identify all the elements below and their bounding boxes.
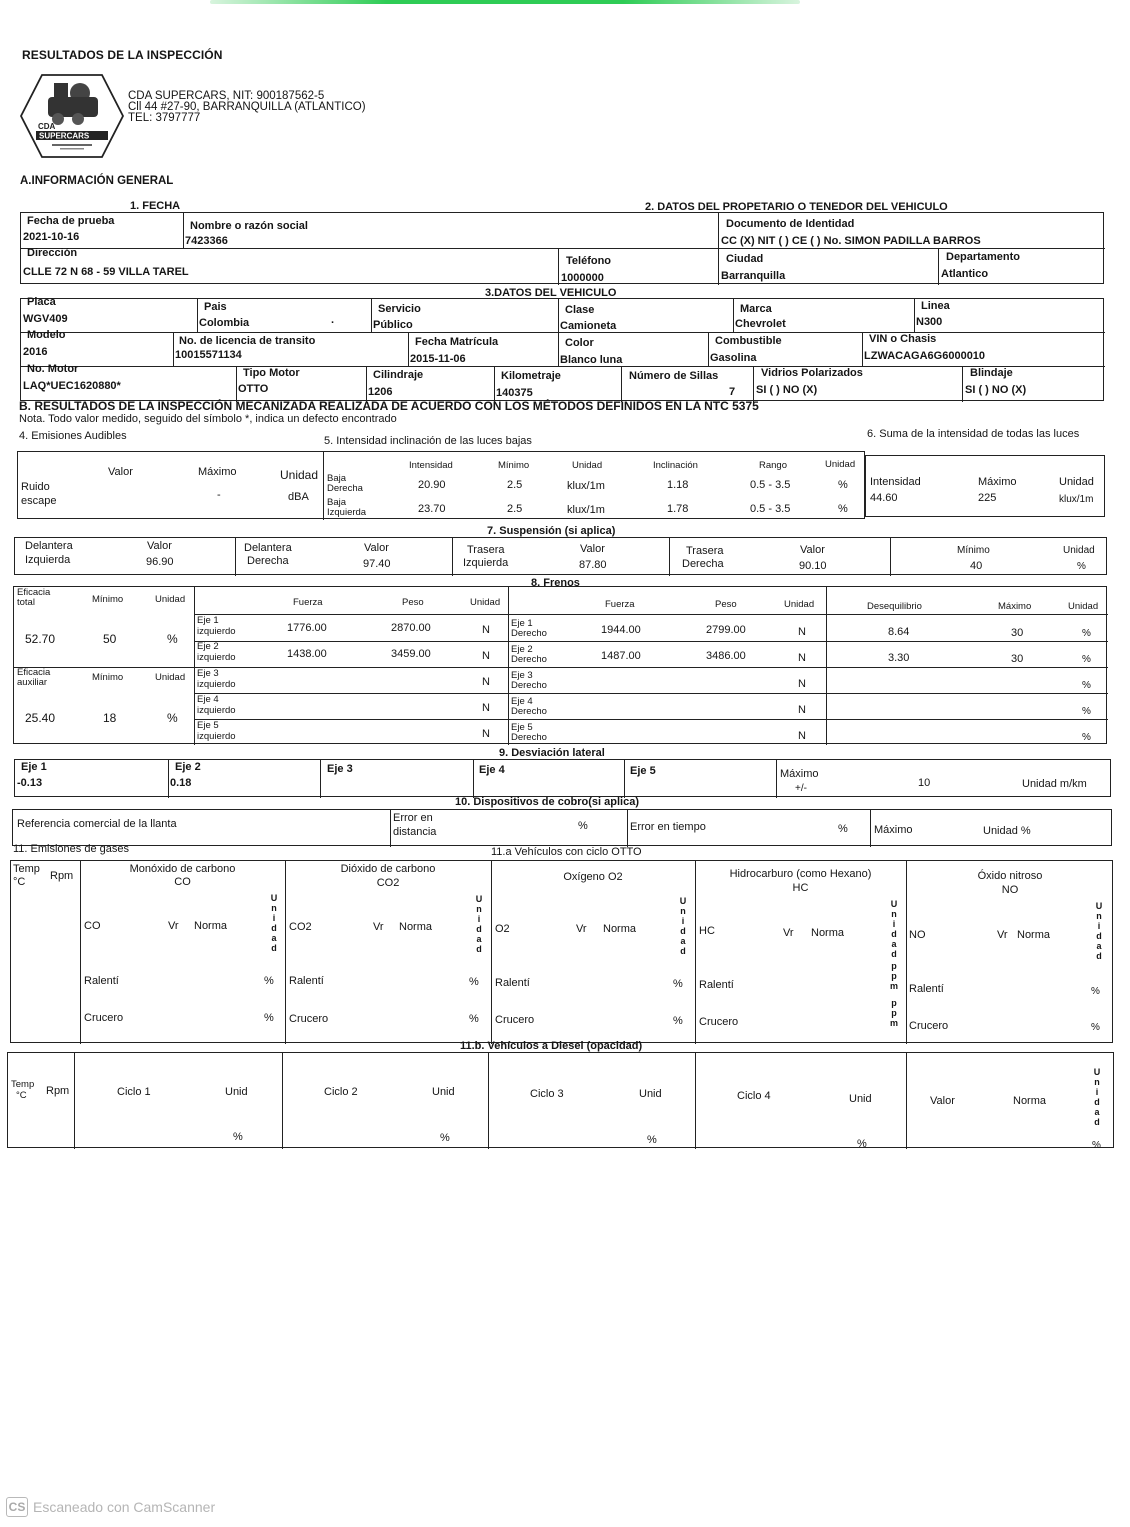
servicio-value: Público xyxy=(373,319,413,331)
luz-baja-izquierda-l2: Izquierda xyxy=(327,508,366,518)
desv-eje3-label: Eje 3 xyxy=(327,763,353,775)
suspension-table: Delantera Izquierda Valor 96.90 Delanter… xyxy=(14,537,1107,575)
documento-value: CC (X) NIT ( ) CE ( ) No. SIMON PADILLA … xyxy=(721,235,981,247)
marca-label: Marca xyxy=(740,303,772,315)
eficacia-total-unidad-label: Unidad xyxy=(155,595,185,605)
clase-label: Clase xyxy=(565,304,594,316)
frenos-col-maximo: Máximo xyxy=(998,602,1031,612)
general-info-table: Fecha de prueba 2021-10-16 Nombre o razó… xyxy=(20,212,1104,284)
cobro-error-distancia-l2: distancia xyxy=(393,826,436,838)
ciclo-label: Ciclo 2 xyxy=(324,1086,358,1098)
maximo: 30 xyxy=(1011,627,1023,639)
diesel-temp-label: Temp xyxy=(11,1080,34,1090)
ppm-vertical-label: ppm xyxy=(890,961,898,991)
ciclo-unid: Unid xyxy=(432,1086,455,1098)
desequilibrio: 8.64 xyxy=(888,626,909,638)
frenos-col-unidad3: Unidad xyxy=(1068,602,1098,612)
ralenti-unidad: % xyxy=(1091,987,1100,997)
crucero-unidad: % xyxy=(264,1012,274,1024)
desv-eje2-value: 0.18 xyxy=(170,777,191,789)
desviacion-table: Eje 1 -0.13 Eje 2 0.18 Eje 3 Eje 4 Eje 5… xyxy=(14,759,1111,797)
luz-baja-izquierda-intensidad: 23.70 xyxy=(418,503,446,515)
lado-label: izquierdo xyxy=(197,653,236,663)
susp-del-izq-l1: Delantera xyxy=(25,540,73,552)
cilindraje-value: 1206 xyxy=(368,386,392,398)
diesel-degc-label: °C xyxy=(16,1091,27,1101)
unidad-izq: N xyxy=(482,728,490,740)
frenos-col-peso-izq: Peso xyxy=(402,598,424,608)
susp-tra-izq-value: 87.80 xyxy=(579,559,607,571)
unidad-pct: % xyxy=(1082,707,1091,717)
unidad-vertical-label: Unidad xyxy=(270,893,278,953)
crucero-label: Crucero xyxy=(699,1016,738,1028)
luz-baja-derecha-rango: 0.5 - 3.5 xyxy=(750,479,790,491)
luces-col-inclinacion: Inclinación xyxy=(653,461,698,471)
unidad-pct: % xyxy=(1082,733,1091,743)
luces-col-rango: Rango xyxy=(759,461,787,471)
diesel-table: Temp °C Rpm Ciclo 1 Unid % Ciclo 2 Unid … xyxy=(7,1052,1114,1148)
suma-intensidad-value: 44.60 xyxy=(870,492,898,504)
cobro-error-tiempo: Error en tiempo xyxy=(630,821,706,833)
luz-baja-izquierda-unidad: klux/1m xyxy=(567,504,605,516)
suma-intensidad-label: Intensidad xyxy=(870,476,921,488)
cobro-pct2: % xyxy=(838,823,848,835)
servicio-label: Servicio xyxy=(378,303,421,315)
sillas-value: 7 xyxy=(729,386,735,398)
susp-del-der-l1: Delantera xyxy=(244,542,292,554)
unidad-vertical-label: Unidad xyxy=(1095,901,1103,961)
luz-baja-derecha-minimo: 2.5 xyxy=(507,479,522,491)
kilometraje-label: Kilometraje xyxy=(501,370,561,382)
gases-header: 11. Emisiones de gases xyxy=(13,843,129,855)
vr-label: Vr xyxy=(576,923,587,935)
fecha-matricula-value: 2015-11-06 xyxy=(410,353,466,365)
cobro-error-distancia-l1: Error en xyxy=(393,812,433,824)
unidad-izq: N xyxy=(482,650,490,662)
lado-label: Derecho xyxy=(511,655,547,665)
company-info: CDA SUPERCARS, NIT: 900187562-5 Cll 44 #… xyxy=(128,91,366,124)
susp-del-der-vlabel: Valor xyxy=(364,542,389,554)
color-value: Blanco luna xyxy=(560,354,622,366)
eficacia-total-minimo-label: Mínimo xyxy=(92,595,123,605)
telefono-value: 1000000 xyxy=(561,272,604,284)
diesel-norma-label: Norma xyxy=(1013,1095,1046,1107)
cilindraje-label: Cilindraje xyxy=(373,369,423,381)
luces-col-minimo: Mínimo xyxy=(498,461,529,471)
unidad-pct: % xyxy=(1082,629,1091,639)
vin-value: LZWACAGA6G6000010 xyxy=(864,350,985,362)
luces-bajas-header: 5. Intensidad inclinación de las luces b… xyxy=(324,435,532,447)
fuerza-izq: 1776.00 xyxy=(287,622,327,634)
cobro-referencia: Referencia comercial de la llanta xyxy=(17,818,177,830)
diesel-rpm-label: Rpm xyxy=(46,1085,69,1097)
direccion-value: CLLE 72 N 68 - 59 VILLA TAREL xyxy=(23,266,189,278)
fuerza-der: 1487.00 xyxy=(601,650,641,662)
fecha-matricula-label: Fecha Matrícula xyxy=(415,336,498,348)
otto-header: 11.a Vehículos con ciclo OTTO xyxy=(491,846,642,858)
diesel-header: 11.b. Vehículos a Diesel (opacidad) xyxy=(460,1040,642,1052)
gas-subtitle: HC xyxy=(695,882,906,894)
cobro-table: Referencia comercial de la llanta Error … xyxy=(12,809,1112,846)
suma-luces-table: Intensidad 44.60 Máximo 225 Unidad klux/… xyxy=(865,455,1105,517)
placa-value: WGV409 xyxy=(23,313,68,325)
eficacia-auxiliar-unidad-label: Unidad xyxy=(155,673,185,683)
ciclo-unid: Unid xyxy=(849,1093,872,1105)
departamento-label: Departamento xyxy=(946,251,1020,263)
lado-label: Derecho xyxy=(511,681,547,691)
unidad-vertical-label: Unidad xyxy=(679,896,687,956)
modelo-value: 2016 xyxy=(23,346,47,358)
luz-baja-derecha-unidad2: % xyxy=(838,479,848,491)
suma-unidad-value: klux/1m xyxy=(1059,495,1093,505)
unidad-vertical-label: Unidad xyxy=(890,899,898,959)
ciclo-unid: Unid xyxy=(225,1086,248,1098)
gases-temp-label: Temp xyxy=(13,863,40,875)
ralenti-unidad: % xyxy=(673,978,683,990)
luz-baja-izquierda-minimo: 2.5 xyxy=(507,503,522,515)
eje-label: Eje 3 xyxy=(197,669,219,679)
unidad-izq: N xyxy=(482,624,490,636)
documento-label: Documento de Identidad xyxy=(726,218,854,230)
frenos-col-fuerza-der: Fuerza xyxy=(605,600,635,610)
cobro-header: 10. Dispositivos de cobro(si aplica) xyxy=(455,796,639,808)
audibles-luces-table: Valor Máximo Unidad Ruido escape - dBA I… xyxy=(17,451,865,519)
frenos-col-unidad-izq: Unidad xyxy=(470,598,500,608)
ruido-escape-label: Ruido escape xyxy=(21,480,71,508)
unidad-der: N xyxy=(798,652,806,664)
unidad-der: N xyxy=(798,730,806,742)
unidad-pct: % xyxy=(1082,681,1091,691)
cobro-maximo: Máximo xyxy=(874,824,913,836)
company-phone: TEL: 3797777 xyxy=(128,113,366,124)
fuerza-der: 1944.00 xyxy=(601,624,641,636)
audibles-unidad: dBA xyxy=(288,491,309,503)
cobro-unidad: Unidad % xyxy=(983,825,1031,837)
unidad-der: N xyxy=(798,704,806,716)
vr-label: Vr xyxy=(783,927,794,939)
gas-subtitle: CO2 xyxy=(285,877,491,889)
desviacion-header: 9. Desviación lateral xyxy=(499,747,605,759)
crucero-unidad: % xyxy=(673,1015,683,1027)
vr-label: Vr xyxy=(997,929,1008,941)
audibles-col-maximo: Máximo xyxy=(198,466,237,478)
vr-label: Vr xyxy=(168,920,179,932)
suma-maximo-value: 225 xyxy=(978,492,996,504)
luz-baja-derecha-l2: Derecha xyxy=(327,484,363,494)
desv-eje1-label: Eje 1 xyxy=(21,761,47,773)
susp-tra-der-l2: Derecha xyxy=(682,558,724,570)
combustible-label: Combustible xyxy=(715,335,782,347)
peso-der: 2799.00 xyxy=(706,624,746,636)
luces-col-unidad: Unidad xyxy=(572,461,602,471)
susp-del-izq-value: 96.90 xyxy=(146,556,174,568)
ciclo-label: Ciclo 1 xyxy=(117,1086,151,1098)
ciclo-label: Ciclo 4 xyxy=(737,1090,771,1102)
camscanner-text: Escaneado con CamScanner xyxy=(33,1499,215,1515)
ciclo-label: Ciclo 3 xyxy=(530,1088,564,1100)
luz-baja-derecha-intensidad: 20.90 xyxy=(418,479,446,491)
susp-tra-izq-l2: Izquierda xyxy=(463,557,508,569)
gas-title: Oxígeno O2 xyxy=(491,871,695,883)
placa-label: Placa xyxy=(27,296,56,308)
eje-label: Eje 2 xyxy=(197,642,219,652)
vr-label: Vr xyxy=(373,921,384,933)
motor-value: LAQ*UEC1620880* xyxy=(23,380,121,392)
unidad-pct: % xyxy=(1082,655,1091,665)
vidrios-label: Vidrios Polarizados xyxy=(761,367,863,379)
unidad-izq: N xyxy=(482,702,490,714)
ciudad-value: Barranquilla xyxy=(721,270,785,282)
norma-label: Norma xyxy=(1017,929,1050,941)
desv-eje2-label: Eje 2 xyxy=(175,761,201,773)
combustible-value: Gasolina xyxy=(710,352,756,364)
gas-code: O2 xyxy=(495,923,510,935)
crucero-label: Crucero xyxy=(909,1020,948,1032)
camscanner-watermark: CS Escaneado con CamScanner xyxy=(6,1497,215,1517)
camscanner-logo-icon: CS xyxy=(6,1497,28,1517)
luz-baja-izquierda-rango: 0.5 - 3.5 xyxy=(750,503,790,515)
unidad-izq: N xyxy=(482,676,490,688)
frenos-col-peso-der: Peso xyxy=(715,600,737,610)
nombre-value: 7423366 xyxy=(185,235,228,247)
lado-label: Derecho xyxy=(511,733,547,743)
susp-minimo-value: 40 xyxy=(970,560,982,572)
diesel-pct: % xyxy=(1092,1141,1101,1151)
audibles-col-unidad: Unidad xyxy=(280,468,318,482)
tipo-motor-label: Tipo Motor xyxy=(243,367,300,379)
peso-izq: 2870.00 xyxy=(391,622,431,634)
section-b-note: Nota. Todo valor medido, seguido del sím… xyxy=(19,413,397,425)
desequilibrio: 3.30 xyxy=(888,652,909,664)
ppm-vertical-label: ppm xyxy=(890,998,898,1028)
ciclo-unid: Unid xyxy=(639,1088,662,1100)
desv-pm: +/- xyxy=(795,784,807,794)
pais-mark: · xyxy=(331,317,335,329)
frenos-table: Eficacia total Mínimo Unidad 52.70 50 % … xyxy=(13,586,1107,744)
susp-unidad-label: Unidad xyxy=(1063,546,1095,556)
audibles-maximo: - xyxy=(217,489,221,501)
lado-label: izquierdo xyxy=(197,627,236,637)
telefono-label: Teléfono xyxy=(566,255,611,267)
section-b-title: B. RESULTADOS DE LA INSPECCIÓN MECANIZAD… xyxy=(19,399,759,413)
norma-label: Norma xyxy=(399,921,432,933)
eficacia-auxiliar-minimo: 18 xyxy=(103,711,116,725)
eficacia-total-minimo: 50 xyxy=(103,632,116,646)
clase-value: Camioneta xyxy=(560,320,616,332)
lado-label: izquierdo xyxy=(197,732,236,742)
eficacia-total-unidad: % xyxy=(167,632,178,646)
susp-tra-der-l1: Trasera xyxy=(686,545,724,557)
susp-unidad-value: % xyxy=(1077,562,1086,572)
suspension-header: 7. Suspensión (si aplica) xyxy=(487,525,615,537)
frenos-col-fuerza-izq: Fuerza xyxy=(293,598,323,608)
gas-code: NO xyxy=(909,929,926,941)
susp-tra-der-value: 90.10 xyxy=(799,560,827,572)
crucero-label: Crucero xyxy=(495,1014,534,1026)
direccion-label: Dirección xyxy=(27,247,77,259)
gas-title: Monóxido de carbono xyxy=(80,863,285,875)
susp-del-izq-l2: Izquierda xyxy=(25,554,70,566)
gas-subtitle: NO xyxy=(906,884,1114,896)
ciclo-pct: % xyxy=(857,1138,867,1150)
eficacia-auxiliar-value: 25.40 xyxy=(25,711,55,725)
company-logo: CDA SUPERCARS xyxy=(20,73,124,159)
luz-baja-derecha-unidad: klux/1m xyxy=(567,480,605,492)
gases-rpm-label: Rpm xyxy=(50,870,73,882)
marca-value: Chevrolet xyxy=(735,318,786,330)
susp-tra-izq-l1: Trasera xyxy=(467,544,505,556)
gases-degc-label: °C xyxy=(13,876,25,888)
gas-code: CO xyxy=(84,920,101,932)
eje-label: Eje 4 xyxy=(197,695,219,705)
modelo-label: Modelo xyxy=(27,329,66,341)
sillas-label: Número de Sillas xyxy=(629,370,718,382)
top-scan-edge xyxy=(210,0,800,4)
ralenti-label: Ralentí xyxy=(289,975,324,987)
unidad-der: N xyxy=(798,678,806,690)
licencia-value: 10015571134 xyxy=(175,349,242,361)
crucero-label: Crucero xyxy=(289,1013,328,1025)
gas-subtitle: CO xyxy=(80,876,285,888)
gases-otto-table: Temp °C Rpm Monóxido de carbono CO CO Vr… xyxy=(10,860,1113,1043)
linea-value: N300 xyxy=(916,316,942,328)
crucero-label: Crucero xyxy=(84,1012,123,1024)
luz-baja-izquierda-inclinacion: 1.78 xyxy=(667,503,688,515)
frenos-col-unidad-der: Unidad xyxy=(784,600,814,610)
audibles-col-valor: Valor xyxy=(108,466,133,478)
pais-label: Pais xyxy=(204,301,227,313)
fecha-prueba-label: Fecha de prueba xyxy=(27,215,114,227)
eficacia-total-value: 52.70 xyxy=(25,632,55,646)
susp-tra-izq-vlabel: Valor xyxy=(580,543,605,555)
svg-text:CDA: CDA xyxy=(38,122,56,131)
eje-label: Eje 1 xyxy=(197,616,219,626)
kilometraje-value: 140375 xyxy=(496,387,533,399)
emisiones-audibles-header: 4. Emisiones Audibles xyxy=(19,430,127,442)
crucero-unidad: % xyxy=(1091,1023,1100,1033)
unidad-der: N xyxy=(798,626,806,638)
luz-baja-izquierda-unidad2: % xyxy=(838,503,848,515)
suma-unidad-label: Unidad xyxy=(1059,476,1094,488)
desv-maximo-label: Máximo xyxy=(780,768,819,780)
gas-code: HC xyxy=(699,925,715,937)
ralenti-unidad: % xyxy=(469,976,479,988)
departamento-value: Atlantico xyxy=(941,268,988,280)
lado-label: Derecho xyxy=(511,629,547,639)
ralenti-label: Ralentí xyxy=(495,977,530,989)
pais-value: Colombia xyxy=(199,317,249,329)
peso-izq: 3459.00 xyxy=(391,648,431,660)
unidad-vertical-label: Unidad xyxy=(475,894,483,954)
diesel-valor-label: Valor xyxy=(930,1095,955,1107)
susp-tra-der-vlabel: Valor xyxy=(800,544,825,556)
lado-label: izquierdo xyxy=(197,680,236,690)
crucero-unidad: % xyxy=(469,1013,479,1025)
fecha-prueba-value: 2021-10-16 xyxy=(23,231,79,243)
fuerza-izq: 1438.00 xyxy=(287,648,327,660)
lado-label: izquierdo xyxy=(197,706,236,716)
desv-maximo: 10 xyxy=(918,777,930,789)
luces-col-unidad2: Unidad xyxy=(825,460,855,470)
luz-baja-derecha-inclinacion: 1.18 xyxy=(667,479,688,491)
ralenti-label: Ralentí xyxy=(909,983,944,995)
svg-text:SUPERCARS: SUPERCARS xyxy=(39,132,90,141)
motor-label: No. Motor xyxy=(27,363,78,375)
susp-minimo-label: Mínimo xyxy=(957,546,990,556)
vidrios-value: SI ( ) NO (X) xyxy=(756,384,817,396)
color-label: Color xyxy=(565,337,594,349)
tipo-motor-value: OTTO xyxy=(238,383,268,395)
peso-der: 3486.00 xyxy=(706,650,746,662)
ralenti-unidad: % xyxy=(264,975,274,987)
unidad-vertical-label: Unidad xyxy=(1093,1067,1101,1127)
desv-eje5-label: Eje 5 xyxy=(630,765,656,777)
gas-title: Hidrocarburo (como Hexano) xyxy=(695,868,906,880)
frenos-col-desequilibrio: Desequilibrio xyxy=(867,602,922,612)
gas-code: CO2 xyxy=(289,921,312,933)
eficacia-total-l2: total xyxy=(17,598,35,608)
suma-maximo-label: Máximo xyxy=(978,476,1017,488)
lado-label: Derecho xyxy=(511,707,547,717)
desv-eje1-value: -0.13 xyxy=(17,777,42,789)
fecha-header: 1. FECHA xyxy=(130,200,180,212)
luces-col-intensidad: Intensidad xyxy=(409,461,453,471)
cobro-pct1: % xyxy=(578,820,588,832)
suma-luces-header: 6. Suma de la intensidad de todas las lu… xyxy=(867,428,1087,441)
blindaje-value: SI ( ) NO (X) xyxy=(965,384,1026,396)
susp-del-der-value: 97.40 xyxy=(363,558,391,570)
ralenti-label: Ralentí xyxy=(84,975,119,987)
eficacia-auxiliar-unidad: % xyxy=(167,711,178,725)
desv-eje4-label: Eje 4 xyxy=(479,764,505,776)
vin-label: VIN o Chasis xyxy=(869,333,936,345)
susp-del-izq-vlabel: Valor xyxy=(147,540,172,552)
eficacia-auxiliar-minimo-label: Mínimo xyxy=(92,673,123,683)
gas-title: Óxido nitroso xyxy=(906,870,1114,882)
norma-label: Norma xyxy=(811,927,844,939)
eficacia-auxiliar-l2: auxiliar xyxy=(17,678,47,688)
susp-del-der-l2: Derecha xyxy=(247,555,289,567)
gas-title: Dióxido de carbono xyxy=(285,863,491,875)
ralenti-label: Ralentí xyxy=(699,979,734,991)
document-title: RESULTADOS DE LA INSPECCIÓN xyxy=(22,48,223,62)
linea-label: Linea xyxy=(921,300,950,312)
maximo: 30 xyxy=(1011,653,1023,665)
ciudad-label: Ciudad xyxy=(726,253,763,265)
section-a-title: A.INFORMACIÓN GENERAL xyxy=(20,175,173,187)
licencia-label: No. de licencia de transito xyxy=(179,335,315,347)
norma-label: Norma xyxy=(194,920,227,932)
nombre-label: Nombre o razón social xyxy=(190,220,308,232)
norma-label: Norma xyxy=(603,923,636,935)
desv-unidad: Unidad m/km xyxy=(1022,778,1087,790)
ciclo-pct: % xyxy=(647,1134,657,1146)
blindaje-label: Blindaje xyxy=(970,367,1013,379)
ciclo-pct: % xyxy=(440,1132,450,1144)
eje-label: Eje 5 xyxy=(197,721,219,731)
ciclo-pct: % xyxy=(233,1131,243,1143)
vehicle-data-table: Placa WGV409 Pais Colombia · Servicio Pú… xyxy=(20,298,1104,401)
